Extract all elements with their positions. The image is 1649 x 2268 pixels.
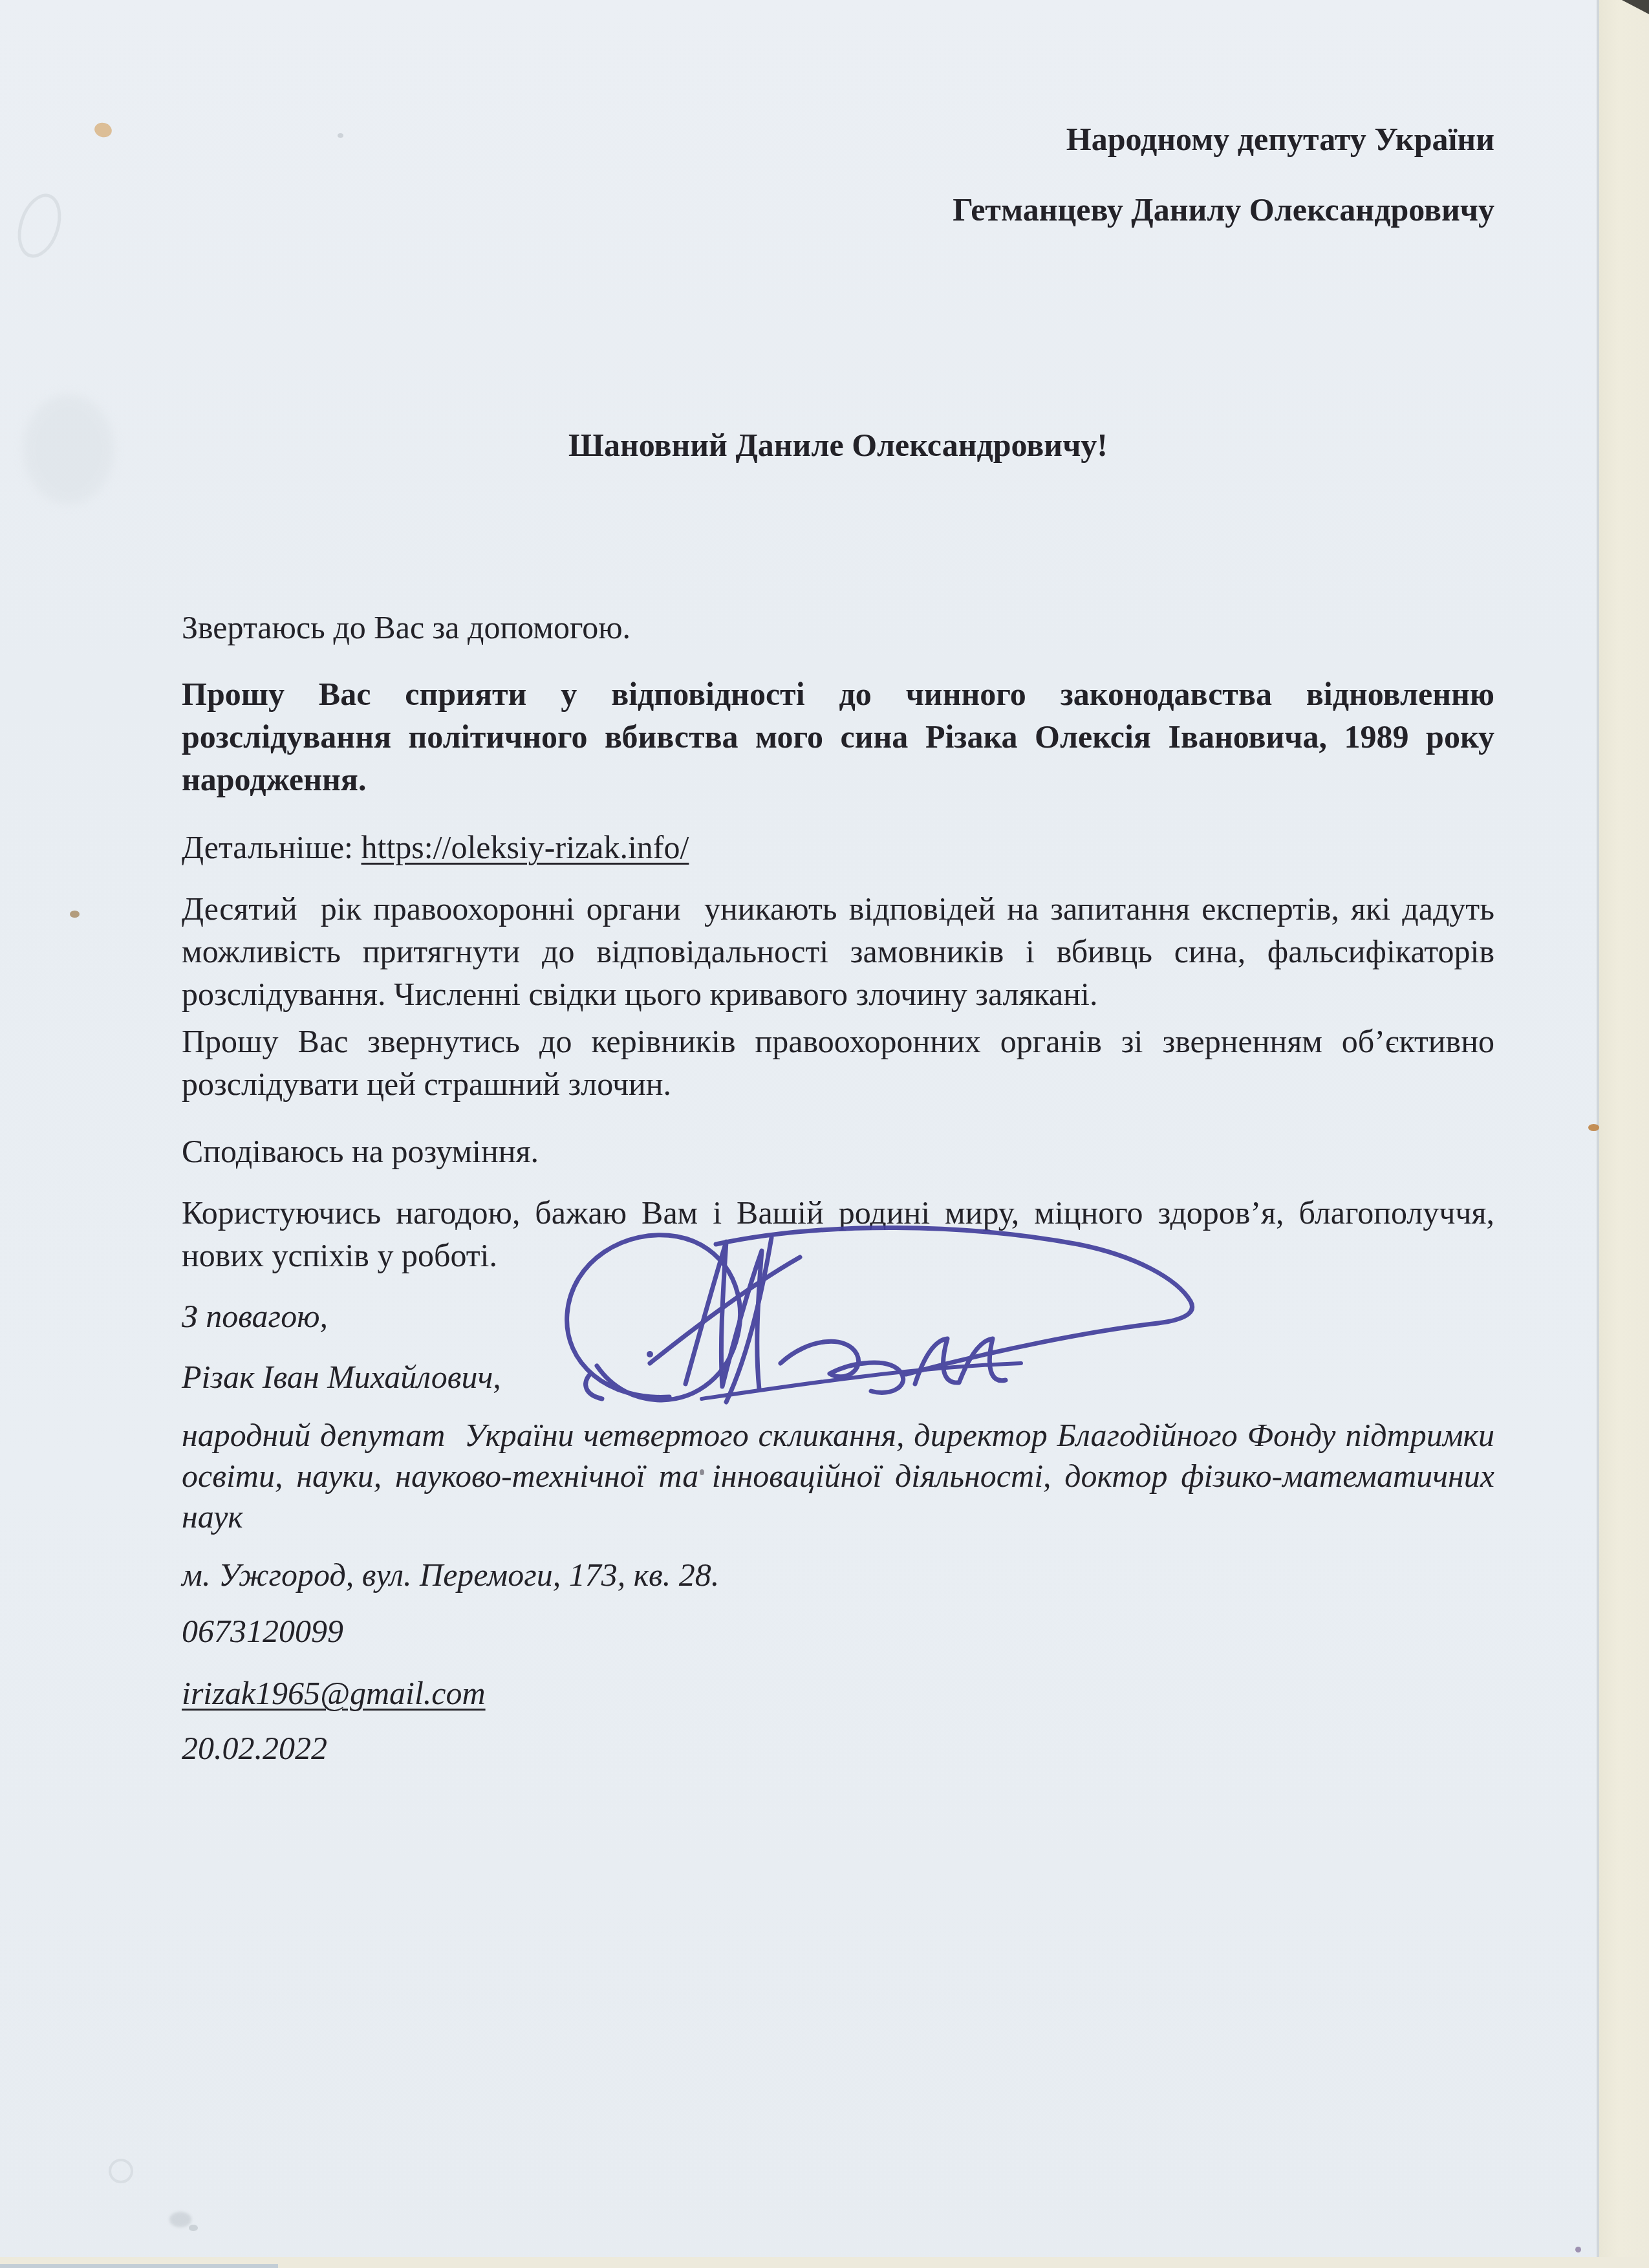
recipient-line-1: Народному депутату України [182, 118, 1494, 160]
paragraph-details: Детальніше: https://oleksiy-rizak.info/ [182, 826, 1494, 869]
stain [1588, 1124, 1599, 1131]
stain [700, 1469, 704, 1475]
paragraph-law-enforcement: Прошу Вас звернутись до керівників право… [182, 1020, 1494, 1105]
closing-address: м. Ужгород, вул. Перемоги, 173, кв. 28. [182, 1553, 1494, 1596]
paragraph-appeal: Звертаюсь до Вас за допомогою. [182, 606, 1494, 649]
details-label: Детальніше: [182, 829, 361, 865]
stain [93, 121, 114, 139]
stain [109, 2159, 133, 2183]
details-link[interactable]: https://oleksiy-rizak.info/ [361, 829, 689, 865]
stain [338, 133, 343, 138]
stain [70, 911, 80, 918]
stain [169, 2212, 191, 2227]
scanner-bottom-sliver [0, 2264, 278, 2268]
closing-phone: 0673120099 [182, 1610, 1494, 1652]
paragraph-tenth-year: Десятий рік правоохоронні органи уникают… [182, 887, 1494, 1015]
stain [10, 188, 69, 263]
salutation: Шановний Даниле Олександровичу! [182, 424, 1494, 466]
scanned-letter-page: Народному депутату України Гетманцеву Да… [0, 0, 1649, 2268]
paragraph-request-bold: Прошу Вас сприяти у відповідності до чин… [182, 673, 1494, 801]
backing-strip-right [1599, 0, 1649, 2268]
stain [1575, 2247, 1581, 2252]
recipient-line-2: Гетманцеву Данилу Олександровичу [182, 188, 1494, 231]
stain [23, 394, 114, 504]
closing-email-line: irizak1965@gmail.com [182, 1672, 1494, 1714]
scanner-corner-wedge [1622, 0, 1649, 14]
email-link[interactable]: irizak1965@gmail.com [182, 1675, 486, 1711]
closing-credentials: народний депутат України четвертого скли… [182, 1415, 1494, 1537]
signature-ink [553, 1211, 1219, 1408]
paragraph-hope: Сподіваюсь на розуміння. [182, 1130, 1494, 1172]
stain [189, 2225, 198, 2231]
closing-date: 20.02.2022 [182, 1727, 1494, 1769]
